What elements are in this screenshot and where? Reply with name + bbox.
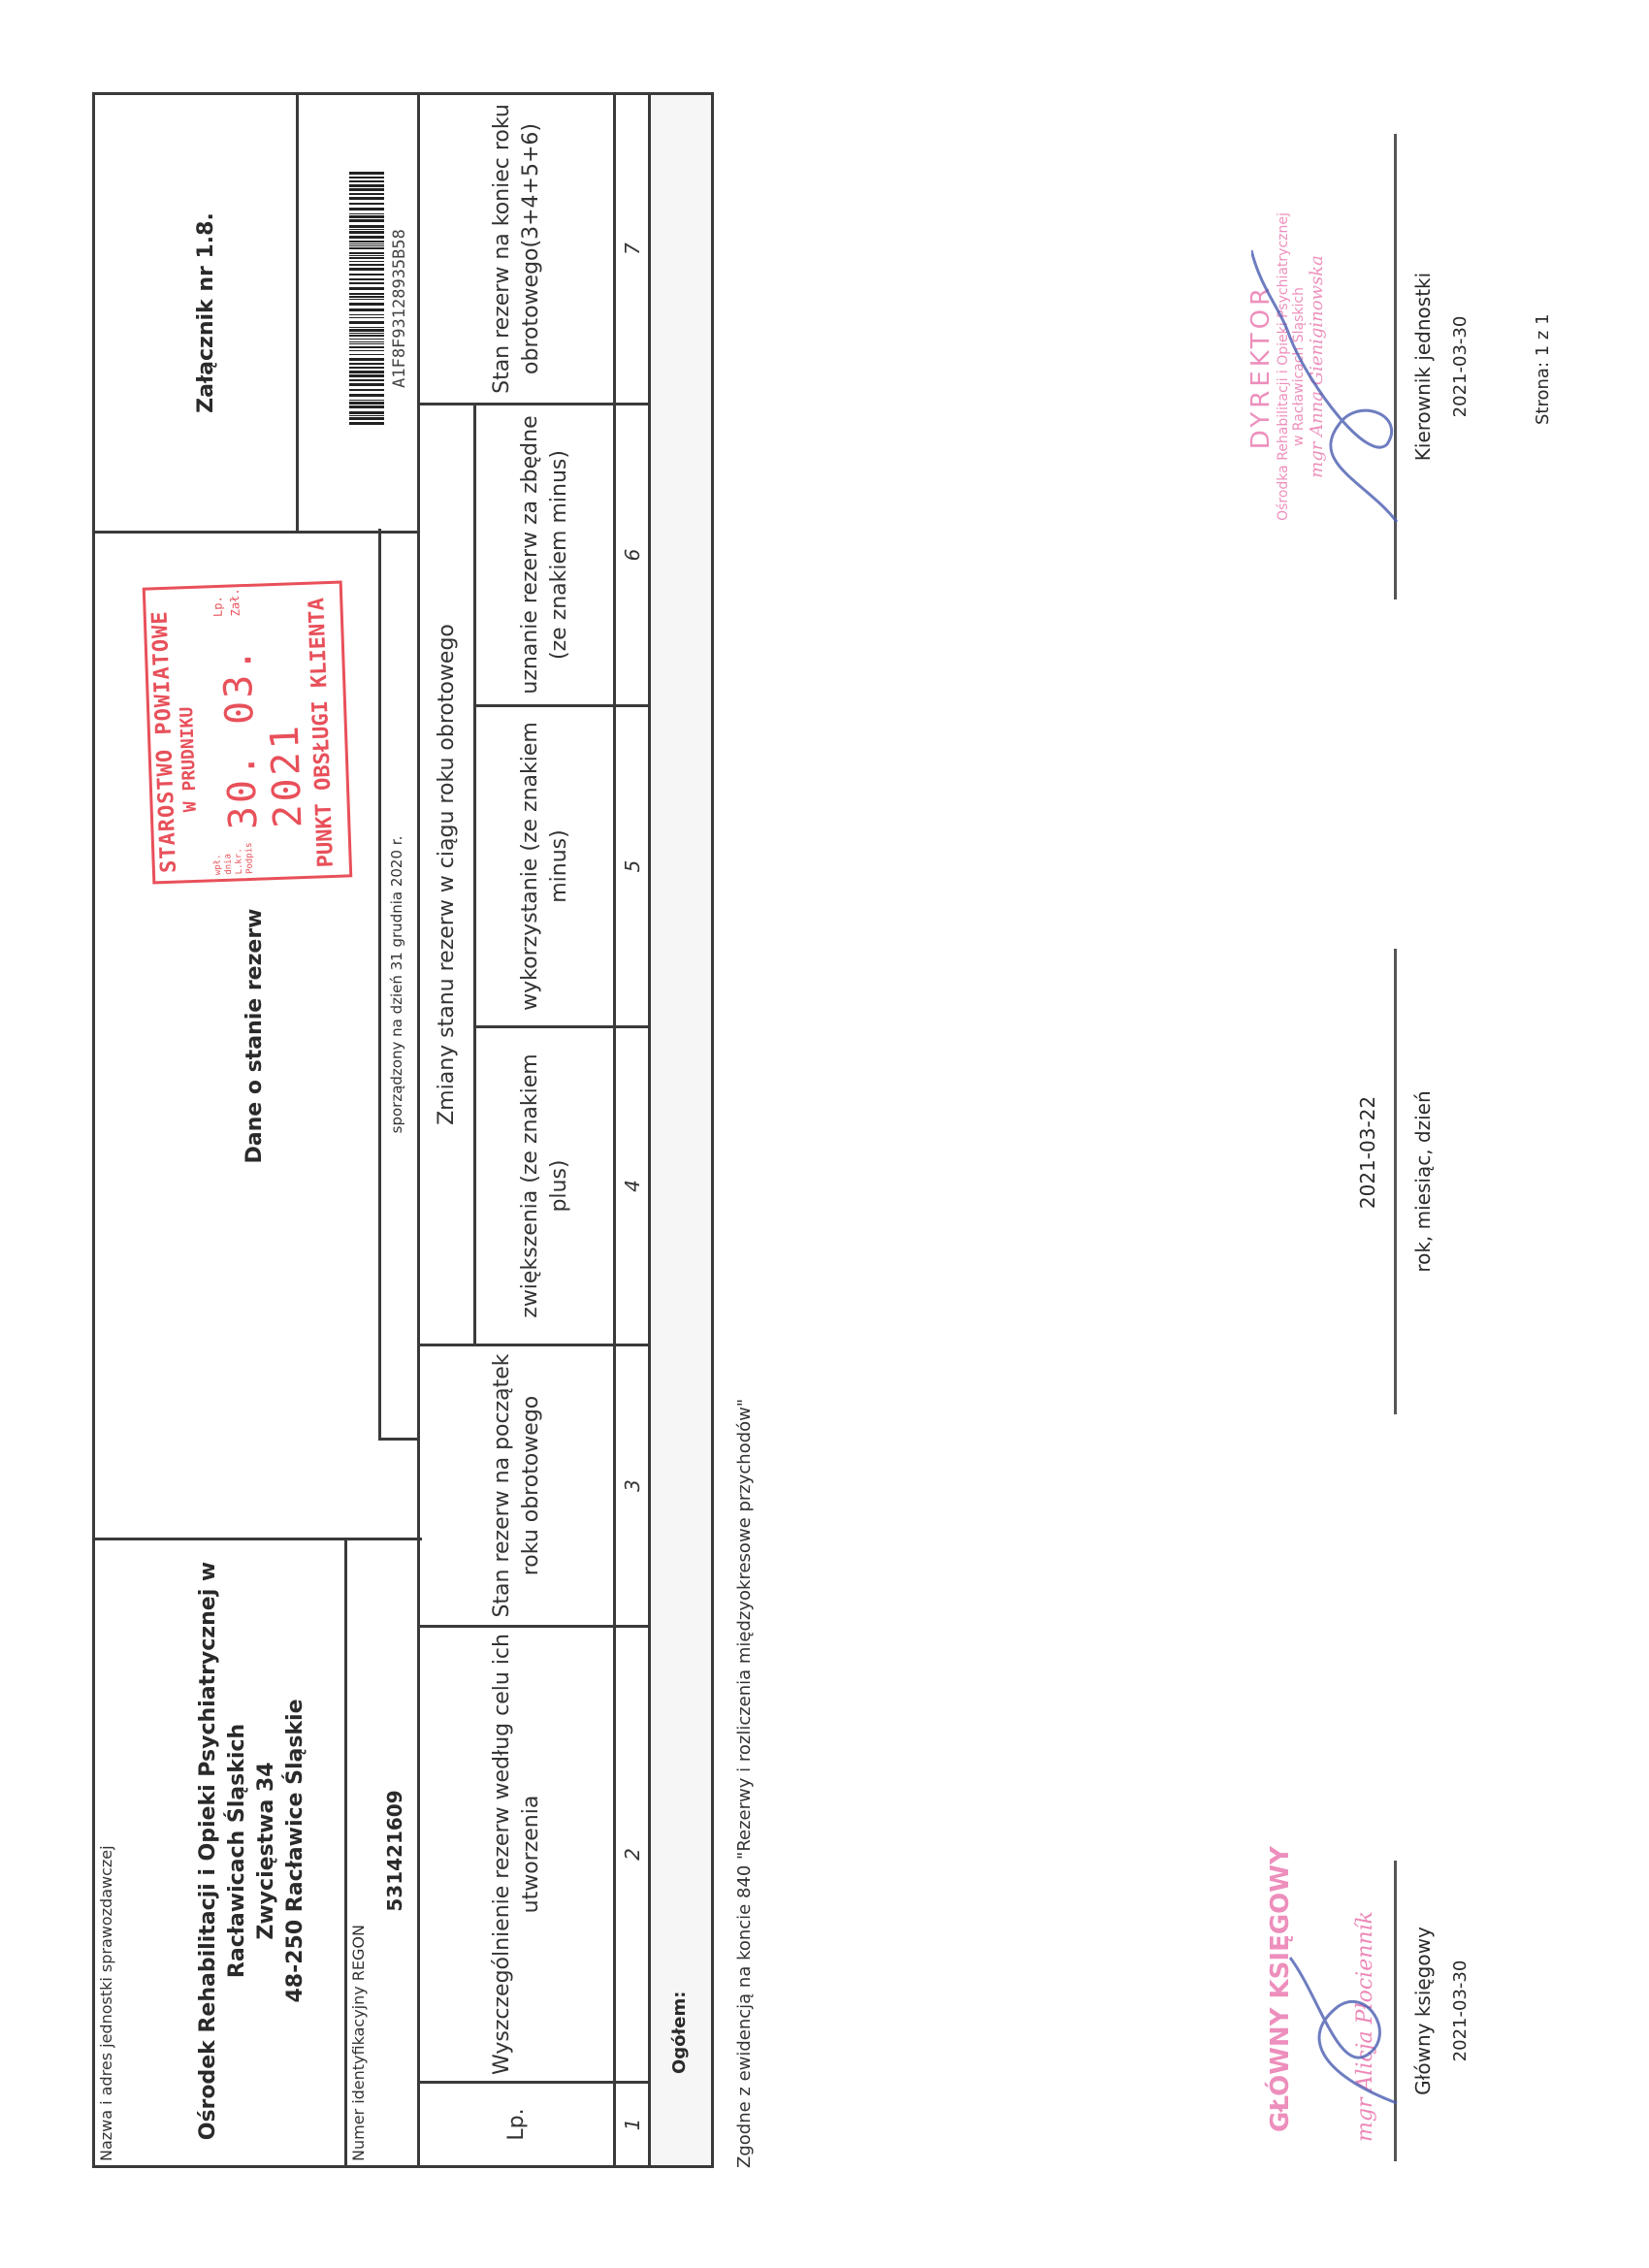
unit-name-line: Ośrodek Rehabilitacji i Opieki Psychiatr…: [194, 1540, 223, 2161]
regon-label: Numer identyfikacyjny REGON: [349, 1925, 368, 2161]
col-header-description: Wyszczególnienie rezerw według celu ich …: [420, 1628, 613, 2081]
stamp-side-right: Lp. Zał.: [209, 588, 244, 617]
unit-name-line: Racławicach Śląskich: [223, 1540, 252, 2161]
unit-name-line: Zwycięstwa 34: [252, 1540, 281, 2161]
table-border-left: [92, 2165, 714, 2168]
col-number: 3: [616, 1346, 648, 1625]
col-number: 6: [616, 405, 648, 704]
col-header-opening: Stan rezerw na początek roku obrotowego: [420, 1346, 613, 1625]
divider-unit-regon: [344, 1538, 347, 2168]
barcode-icon: [349, 169, 384, 425]
group-header-changes: Zmiany stanu rezerw w ciągu roku obrotow…: [420, 405, 473, 1344]
director-date: 2021-03-30: [1450, 134, 1471, 599]
col-header-usage: wykorzystanie (ze znakiem minus): [476, 707, 613, 1025]
accountant-role: Główny księgowy: [1411, 1861, 1435, 2161]
unit-label: Nazwa i adres jednostki sprawozdawczej: [97, 1845, 115, 2161]
col-header-increase: zwiększenia (ze znakiem plus): [476, 1028, 613, 1344]
stamp-date: 30. 03. 2021: [213, 585, 311, 830]
col-header-release: uznanie rezerw za zbędne (ze znakiem min…: [476, 405, 613, 704]
report-sign-date: 2021-03-22: [1356, 910, 1379, 1395]
report-date: sporządzony na dzień 31 grudnia 2020 r.: [388, 529, 405, 1441]
stamp-line2: W PRUDNIKU: [177, 706, 201, 812]
stamp-side-label: Lp.: [209, 589, 227, 618]
accountant-signature-icon: [1261, 1919, 1406, 2113]
col-number: 4: [616, 1028, 648, 1344]
divider-annex-barcode: [296, 92, 299, 534]
stamp-line1: STAROSTWO POWIATOWE: [148, 610, 181, 873]
barcode-text: A1F8F93128935B58: [390, 95, 409, 522]
ledger-note: Zgodne z ewidencją na koncie 840 "Rezerw…: [734, 1399, 755, 2168]
stamp-side-label: Zał.: [226, 588, 244, 617]
total-row-shading: [651, 95, 711, 2165]
date-signature-line: [1394, 949, 1397, 1414]
divider-report-date: [378, 529, 381, 1441]
col-header-lp: Lp.: [420, 2084, 613, 2165]
stamp-footer: PUNKT OBSŁUGI KLIENTA: [305, 598, 339, 868]
director-role: Kierownik jednostki: [1411, 134, 1435, 599]
table-border-top: [92, 92, 95, 2168]
col-number: 5: [616, 707, 648, 1025]
office-stamp: STAROSTWO POWIATOWE W PRUDNIKU 30. 03. 2…: [143, 580, 353, 884]
col-number: 1: [616, 2084, 648, 2165]
document-sheet: Nazwa i adres jednostki sprawozdawczej O…: [0, 0, 1649, 2268]
annex-number: Załącznik nr 1.8.: [194, 92, 218, 534]
unit-name-line: 48-250 Racławice Śląskie: [281, 1540, 310, 2161]
director-signature-icon: [1251, 231, 1416, 541]
accountant-date: 2021-03-30: [1450, 1861, 1471, 2161]
date-caption: rok, miesiąc, dzień: [1411, 949, 1435, 1414]
total-label: Ogółem:: [669, 1992, 690, 2074]
regon-value: 531421609: [383, 1540, 406, 2161]
stamp-side-label: Podpis: [244, 842, 256, 874]
page-number: Strona: 1 z 1: [1533, 313, 1553, 425]
col-header-closing: Stan rezerw na koniec roku obrotowego(3+…: [420, 95, 613, 403]
col-number: 7: [616, 95, 648, 403]
unit-name: Ośrodek Rehabilitacji i Opieki Psychiatr…: [194, 1540, 310, 2161]
stamp-side-left: wpł. dnia L.kr. Podpis: [212, 842, 256, 875]
col-number: 2: [616, 1628, 648, 2081]
